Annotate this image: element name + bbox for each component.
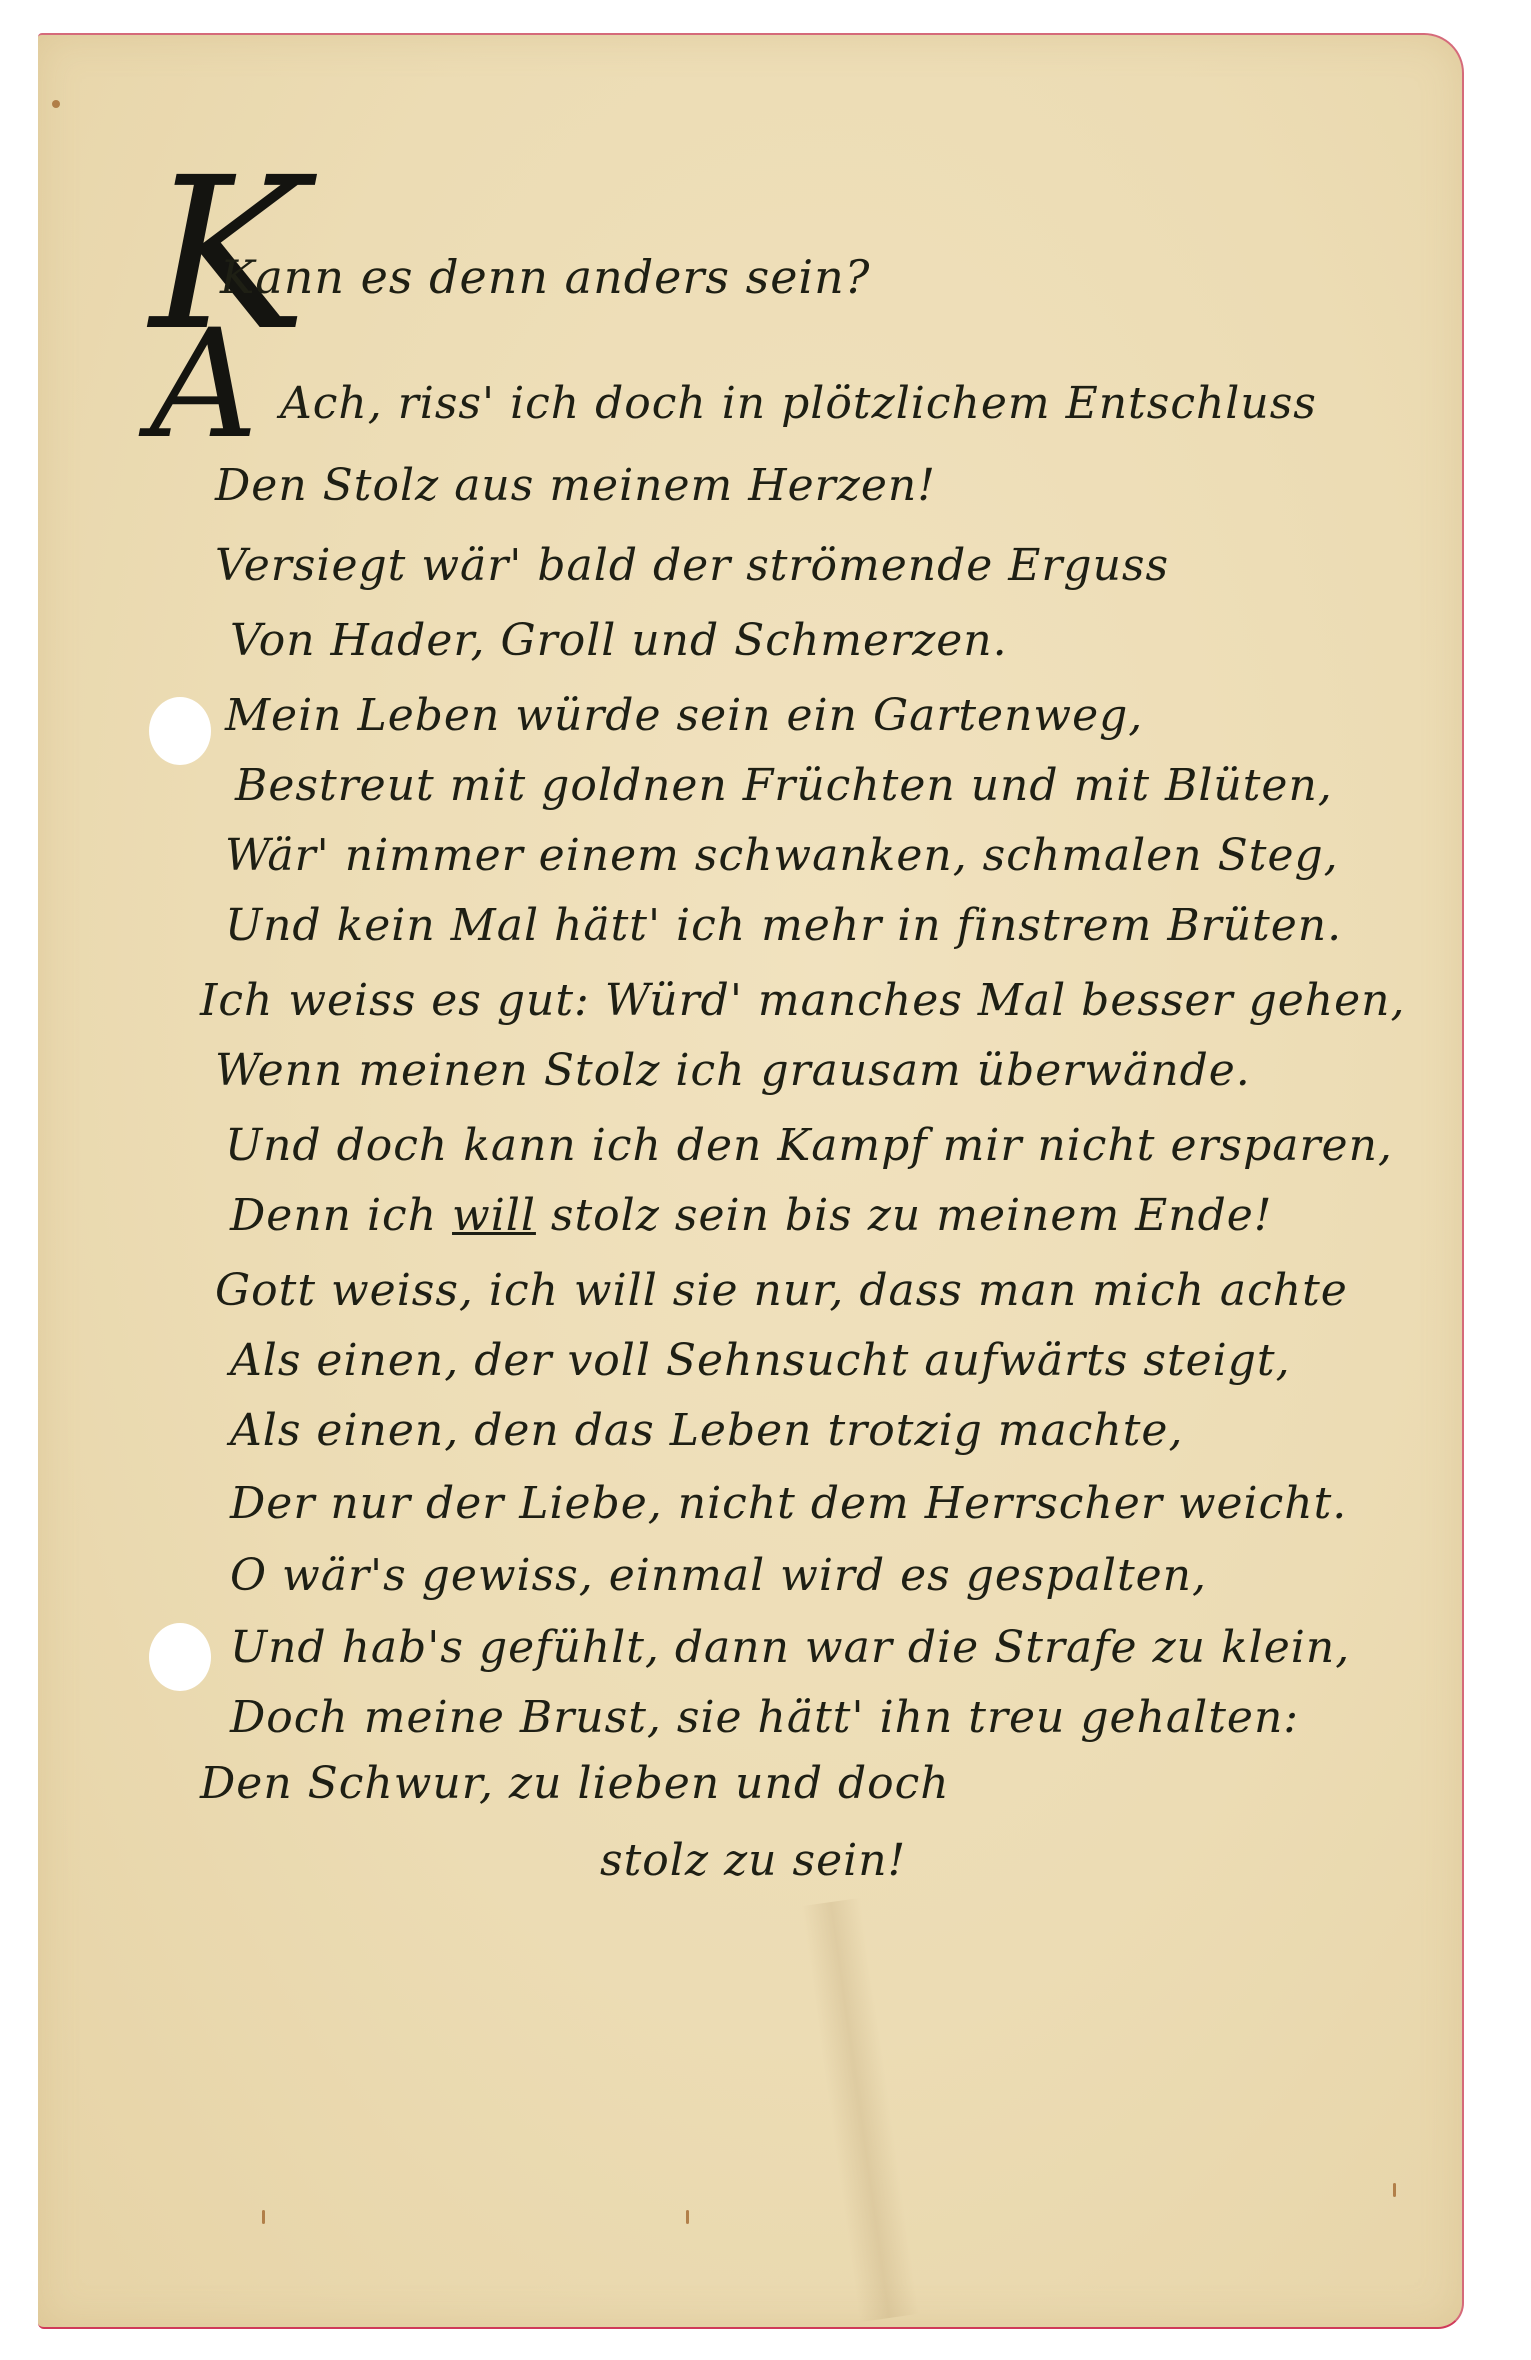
poem-line-12: Denn ich will stolz sein bis zu meinem E… [230,1190,1273,1241]
underlined-word: will [452,1190,536,1241]
poem-line-14: Als einen, der voll Sehnsucht aufwärts s… [230,1335,1291,1386]
paper-speck [686,2210,689,2224]
poem-line-4: Von Hader, Groll und Schmerzen. [230,615,1008,666]
poem-line-20: Den Schwur, zu lieben und doch [200,1758,950,1809]
first-line-initial-flourish: A [150,310,258,460]
poem-line-8: Und kein Mal hätt' ich mehr in finstrem … [225,900,1342,951]
line-text: stolz sein bis zu meinem Ende! [536,1190,1273,1241]
punch-hole-top [149,697,211,765]
poem-line-7: Wär' nimmer einem schwanken, schmalen St… [225,830,1339,881]
poem-line-5: Mein Leben würde sein ein Gartenweg, [225,690,1143,741]
poem-line-1: Ach, riss' ich doch in plötzlichem Entsc… [280,378,1317,429]
poem-line-3: Versiegt wär' bald der strömende Erguss [215,540,1169,591]
paper-speck [262,2210,265,2224]
poem-line-13: Gott weiss, ich will sie nur, dass man m… [215,1265,1348,1316]
poem-line-19: Doch meine Brust, sie hätt' ihn treu geh… [230,1692,1299,1743]
poem-line-17: O wär's gewiss, einmal wird es gespalten… [230,1550,1207,1601]
paper-speck [52,100,60,108]
poem-line-21: stolz zu sein! [600,1835,906,1886]
line-text: Denn ich [230,1190,452,1241]
poem-line-16: Der nur der Liebe, nicht dem Herrscher w… [230,1478,1347,1529]
poem-line-15: Als einen, den das Leben trotzig machte, [230,1405,1183,1456]
poem-line-10: Wenn meinen Stolz ich grausam überwände. [215,1045,1251,1096]
poem-line-9: Ich weiss es gut: Würd' manches Mal bess… [200,975,1405,1026]
poem-line-6: Bestreut mit goldnen Früchten und mit Bl… [235,760,1333,811]
poem-title: Kann es denn anders sein? [220,250,870,304]
paper-speck [1393,2183,1396,2197]
punch-hole-bottom [149,1623,211,1691]
poem-line-11: Und doch kann ich den Kampf mir nicht er… [225,1120,1393,1171]
poem-line-2: Den Stolz aus meinem Herzen! [215,460,936,511]
poem-line-18: Und hab's gefühlt, dann war die Strafe z… [230,1622,1350,1673]
